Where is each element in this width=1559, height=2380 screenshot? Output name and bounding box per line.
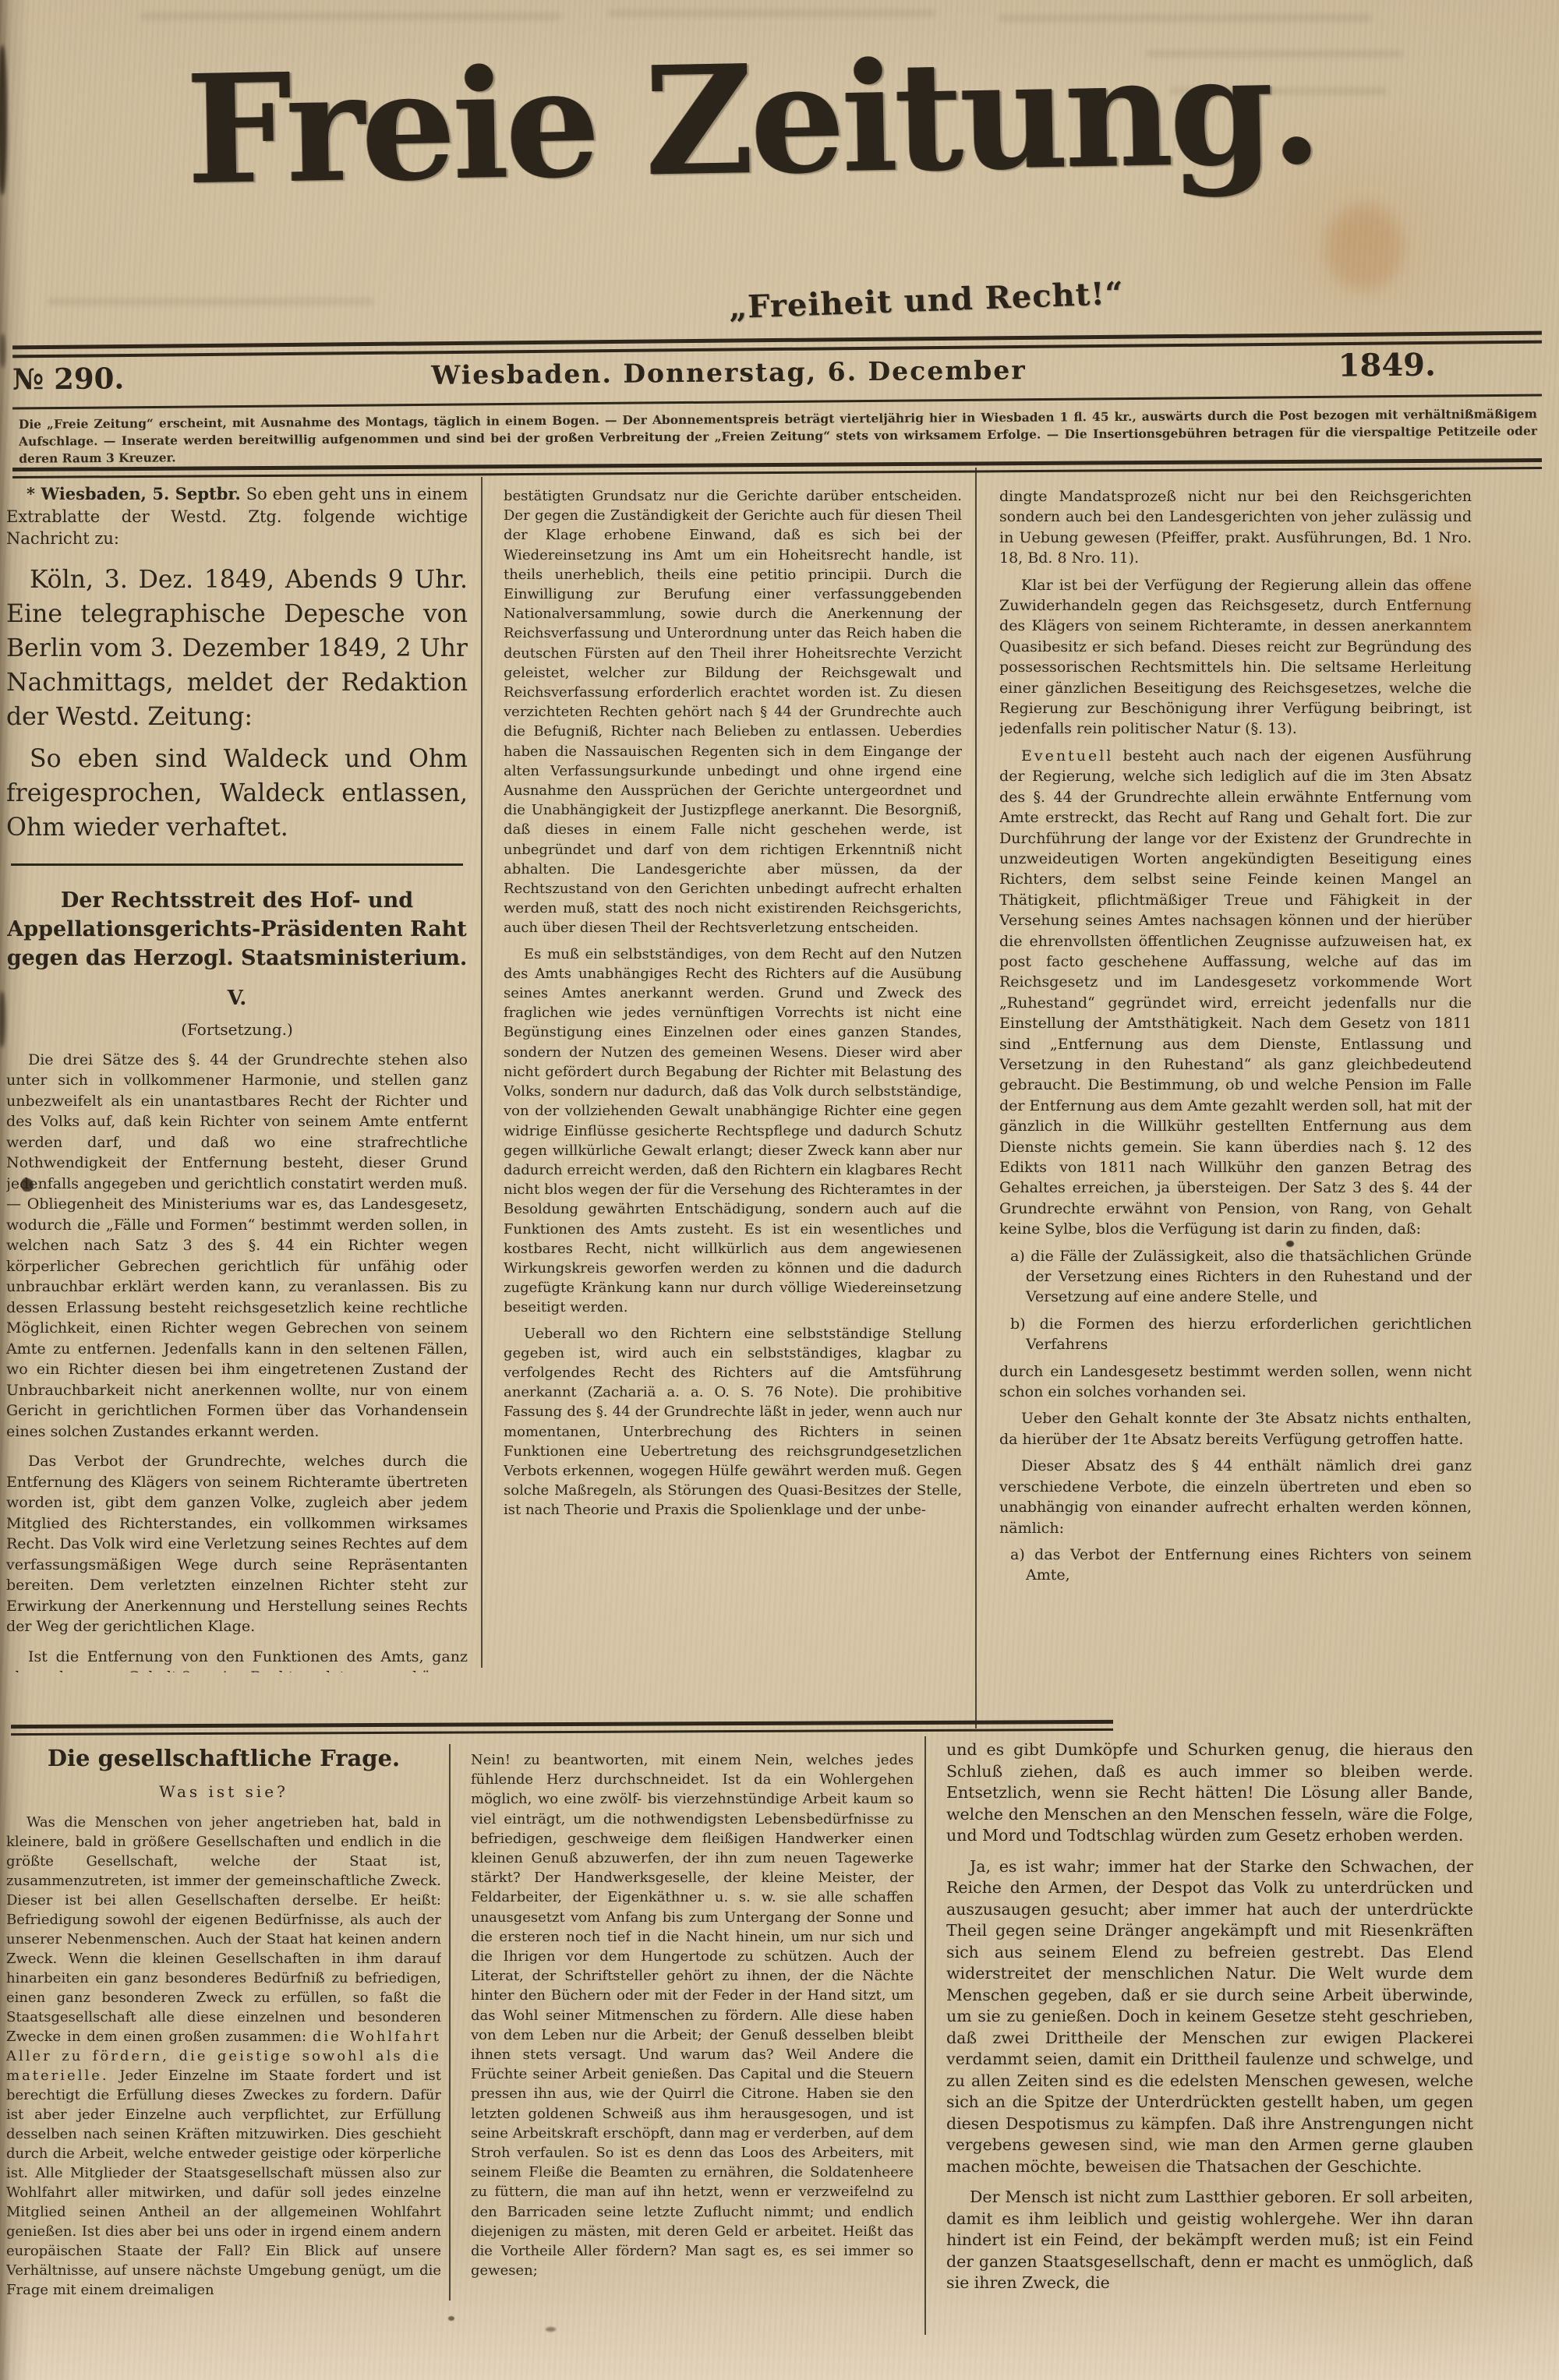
section2-column-2: Nein! zu beantworten, mit einem Nein, we… <box>471 1750 914 2332</box>
body-text: Jeder Einzelne im Staate fordert und ist… <box>6 2067 441 2298</box>
body-paragraph: Nein! zu beantworten, mit einem Nein, we… <box>471 1750 914 2280</box>
emphasized-word: Eventuell <box>1021 747 1113 764</box>
list-item-a: a) die Fälle der Zulässigkeit, also die … <box>999 1246 1472 1308</box>
body-paragraph: Der Mensch ist nicht zum Lastthier gebor… <box>946 2187 1473 2294</box>
column-3: dingte Mandatsprozeß nicht nur bei den R… <box>999 480 1472 1679</box>
telegram-dispatch: Köln, 3. Dez. 1849, Abends 9 Uhr. Eine t… <box>6 563 468 734</box>
section2-title: Die gesellschaftliche Frage. <box>6 1749 441 1768</box>
section2-column-3: und es gibt Dumköpfe und Schurken genug,… <box>946 1739 1473 2343</box>
body-paragraph: Ueberall wo den Richtern eine selbststän… <box>504 1324 962 1520</box>
body-paragraph: Ist die Entfernung von den Funktionen de… <box>6 1647 468 1673</box>
list-item-a: a) das Verbot der Entfernung eines Richt… <box>999 1545 1472 1586</box>
body-paragraph: Was die Menschen von jeher angetrieben h… <box>6 1813 441 2300</box>
wiesbaden-notice: * Wiesbaden, 5. Septbr. So eben geht uns… <box>6 483 468 550</box>
bleedthrough-mark <box>608 9 935 17</box>
body-text: Was die Menschen von jeher angetrieben h… <box>6 1814 441 2045</box>
body-paragraph: dingte Mandatsprozeß nicht nur bei den R… <box>999 486 1472 569</box>
ink-speck <box>546 2327 556 2332</box>
ink-speck <box>448 2316 454 2321</box>
bleedthrough-mark <box>140 12 561 20</box>
body-paragraph: bestätigten Grundsatz nur die Gerichte d… <box>504 486 962 938</box>
body-paragraph: Eventuell besteht auch nach der eigenen … <box>999 746 1472 1240</box>
body-paragraph: Die drei Sätze des §. 44 der Grundrechte… <box>6 1050 468 1442</box>
edge-smudge <box>0 334 5 368</box>
foxing-stain <box>1325 204 1403 290</box>
article-part-number: V. <box>6 988 468 1009</box>
column-2: bestätigten Grundsatz nur die Gerichte d… <box>504 480 962 1674</box>
newspaper-page: Freie Zeitung. „Freiheit und Recht!“ № 2… <box>0 0 1559 2380</box>
column-divider <box>449 1744 451 2301</box>
section2-column-1: Die gesellschaftliche Frage. Was ist sie… <box>6 1749 441 2327</box>
column-1: * Wiesbaden, 5. Septbr. So eben geht uns… <box>6 483 468 1672</box>
foxing-stain <box>1107 2124 1182 2182</box>
column-divider <box>924 1736 926 2335</box>
wiesbaden-notice-lead: * Wiesbaden, 5. Septbr. <box>27 484 241 503</box>
body-paragraph: Es muß ein selbstständiges, von dem Rech… <box>504 945 962 1318</box>
year-label: 1849. <box>1338 347 1436 384</box>
bleedthrough-mark <box>47 298 374 305</box>
article-title: Der Rechtsstreit des Hof- und Appellatio… <box>6 886 468 973</box>
ink-speck <box>1286 1241 1294 1247</box>
body-text: besteht auch nach der eigenen Ausführung… <box>999 747 1472 1238</box>
body-paragraph: Klar ist bei der Verfügung der Regierung… <box>999 575 1472 740</box>
column-divider <box>975 468 977 1729</box>
article-subtitle: (Fortsetzung.) <box>6 1019 468 1040</box>
motto: „Freiheit und Recht!“ <box>729 275 1125 327</box>
imprint-text: Die „Freie Zeitung“ erscheint, mit Ausna… <box>19 405 1537 468</box>
edge-smudge <box>0 991 5 1047</box>
body-paragraph: und es gibt Dumköpfe und Schurken genug,… <box>946 1739 1473 1847</box>
masthead-title: Freie Zeitung. <box>0 17 1506 224</box>
dateline: Wiesbaden. Donnerstag, 6. December <box>0 351 1458 394</box>
foxing-stain <box>1420 578 1478 644</box>
body-paragraph: durch ein Landesgesetz bestimmt werden s… <box>999 1361 1472 1403</box>
body-paragraph: Ja, es ist wahr; immer hat der Starke de… <box>946 1856 1473 2178</box>
article-separator-rule <box>11 863 463 866</box>
ink-speck <box>22 1178 34 1192</box>
column-divider <box>481 477 483 1668</box>
section2-subtitle: Was ist sie? <box>6 1782 441 1802</box>
telegram-result: So eben sind Waldeck und Ohm freigesproc… <box>6 742 468 845</box>
body-paragraph: Das Verbot der Grundrechte, welches durc… <box>6 1451 468 1637</box>
body-paragraph: Ueber den Gehalt konnte der 3te Absatz n… <box>999 1408 1472 1450</box>
body-paragraph: Dieser Absatz des § 44 enthält nämlich d… <box>999 1456 1472 1538</box>
list-item-b: b) die Formen des hierzu erforderlichen … <box>999 1314 1472 1355</box>
foxing-stain <box>1246 916 1281 940</box>
section-divider-rule <box>11 1720 1113 1736</box>
